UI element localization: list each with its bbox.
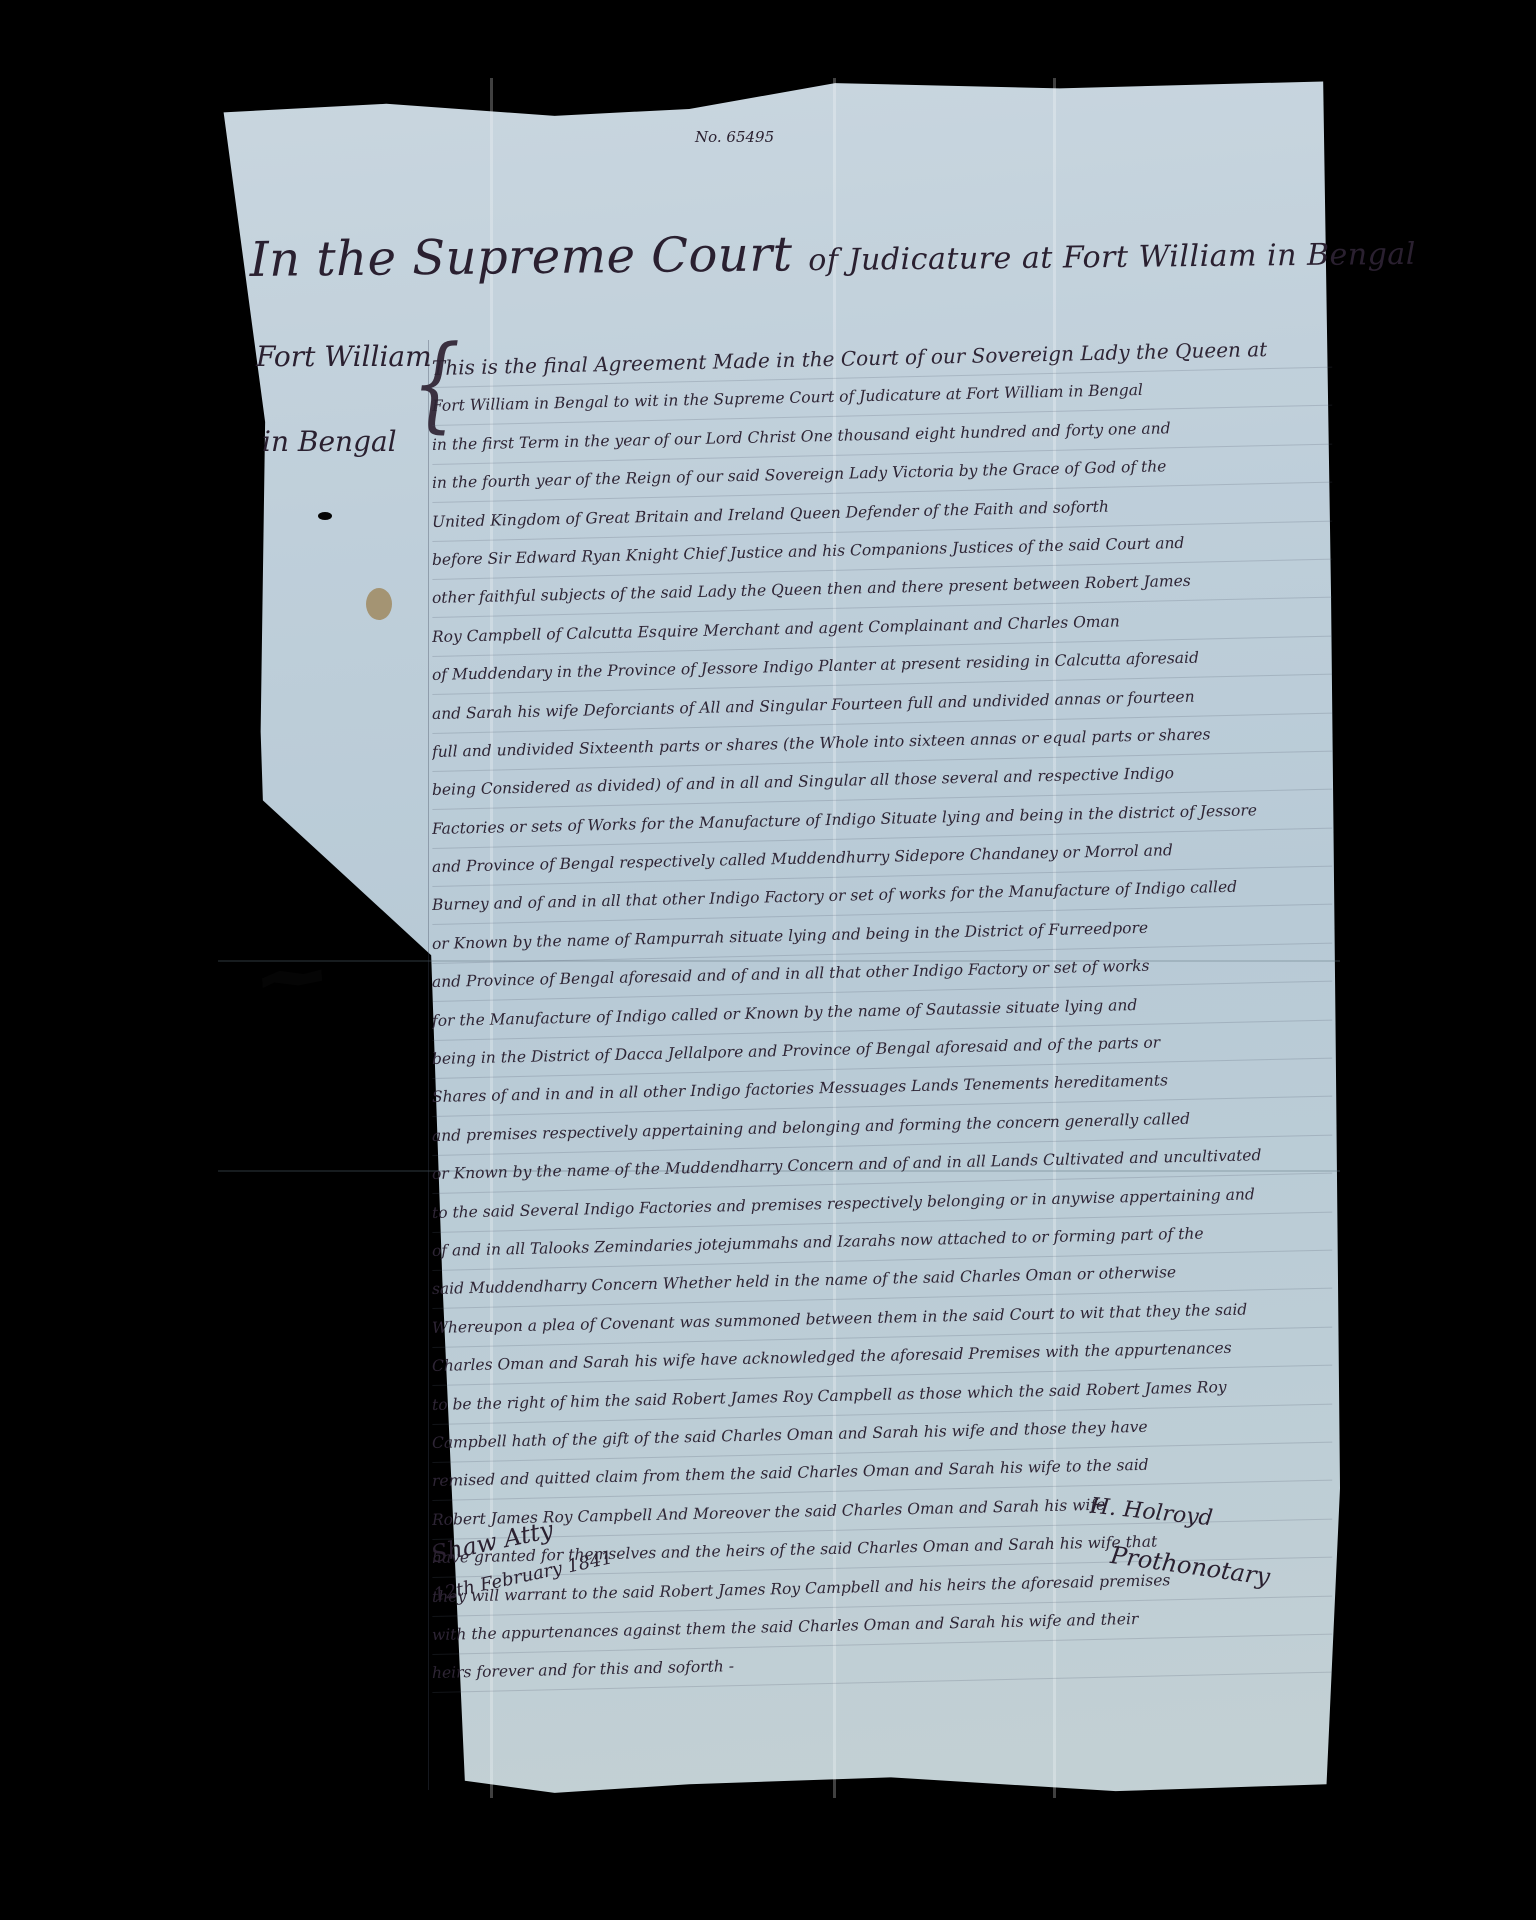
margin-rule: [428, 340, 429, 1790]
agreement-body: This is the final Agreement Made in the …: [432, 350, 1332, 1694]
wax-stain: [366, 588, 392, 620]
heading-rest: of Judicature at Fort William in Bengal: [808, 237, 1416, 278]
document-number: No. 65495: [695, 128, 774, 146]
margin-caption-line2: in Bengal: [262, 425, 397, 458]
paper-hole: [318, 512, 332, 520]
margin-caption-line1: Fort William: [256, 340, 432, 373]
paper-tear: [262, 968, 323, 988]
heading-main: In the Supreme Court: [249, 226, 792, 288]
